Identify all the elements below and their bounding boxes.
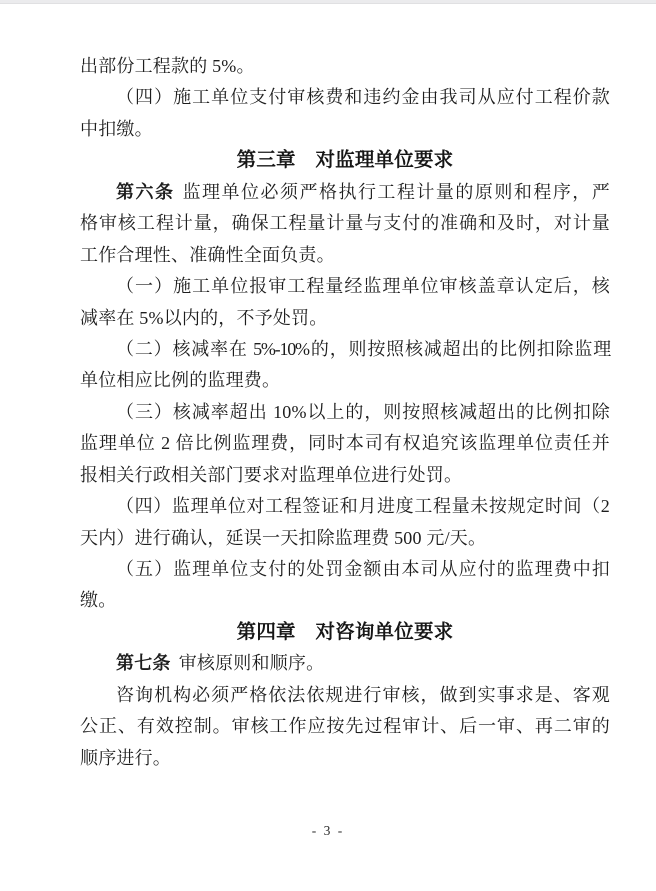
body-line: （三）核减率超出 10%以上的，则按照核减超出的比例扣除 — [80, 397, 610, 428]
body-line: 出部份工程款的 5%。 — [80, 51, 610, 82]
document-page-body: 出部份工程款的 5%。 （四）施工单位支付审核费和违约金由我司从应付工程价款 中… — [80, 51, 610, 774]
chapter-heading: 第三章 对监理单位要求 — [80, 145, 610, 176]
body-line: 缴。 — [80, 585, 610, 616]
line-text: 工作合理性、准确性全面负责。 — [80, 245, 335, 265]
line-text: （四）监理单位对工程签证和月进度工程量未按规定时间（2 — [116, 496, 610, 516]
line-text: 缴。 — [80, 590, 116, 610]
body-line: 中扣缴。 — [80, 114, 610, 145]
line-text: 公正、有效控制。审核工作应按先过程审计、后一审、再二审的 — [80, 716, 610, 736]
line-text: 中扣缴。 — [80, 119, 153, 139]
line-text: （一）施工单位报审工程量经监理单位审核盖章认定后，核 — [116, 276, 610, 296]
body-line: 工作合理性、准确性全面负责。 — [80, 240, 610, 271]
scan-edge-artifact — [0, 0, 656, 4]
body-line: （一）施工单位报审工程量经监理单位审核盖章认定后，核 — [80, 271, 610, 302]
line-text: （四）施工单位支付审核费和违约金由我司从应付工程价款 — [116, 87, 610, 107]
body-line: 公正、有效控制。审核工作应按先过程审计、后一审、再二审的 — [80, 711, 610, 742]
body-line: （五）监理单位支付的处罚金额由本司从应付的监理费中扣 — [80, 554, 610, 585]
line-text: 审核原则和顺序。 — [179, 653, 325, 673]
line-text: 咨询机构必须严格依法依规进行审核，做到实事求是、客观 — [116, 685, 610, 705]
body-line: 天内）进行确认，延误一天扣除监理费 500 元/天。 — [80, 523, 610, 554]
line-text: 出部份工程款的 5%。 — [80, 56, 255, 76]
page-number: - 3 - — [0, 823, 656, 839]
line-text: （三）核减率超出 10%以上的，则按照核减超出的比例扣除 — [116, 402, 610, 422]
body-line: 第六条监理单位必须严格执行工程计量的原则和程序，严 — [80, 177, 610, 208]
line-text: 报相关行政相关部门要求对监理单位进行处罚。 — [80, 465, 462, 485]
line-text: 单位相应比例的监理费。 — [80, 370, 280, 390]
line-text: 天内）进行确认，延误一天扣除监理费 500 元/天。 — [80, 528, 486, 548]
chapter-heading: 第四章 对咨询单位要求 — [80, 617, 610, 648]
heading-text: 第四章 对咨询单位要求 — [237, 622, 454, 643]
body-line: （四）施工单位支付审核费和违约金由我司从应付工程价款 — [80, 82, 610, 113]
body-line: （四）监理单位对工程签证和月进度工程量未按规定时间（2 — [80, 491, 610, 522]
body-line: （二）核减率在 5%-10%的，则按照核减超出的比例扣除监理 — [80, 334, 610, 365]
body-line: 格审核工程计量，确保工程量计量与支付的准确和及时，对计量 — [80, 208, 610, 239]
body-line: 单位相应比例的监理费。 — [80, 365, 610, 396]
line-text: 格审核工程计量，确保工程量计量与支付的准确和及时，对计量 — [80, 213, 610, 233]
body-line: 顺序进行。 — [80, 743, 610, 774]
body-line: 减率在 5%以内的，不予处罚。 — [80, 303, 610, 334]
body-line: 咨询机构必须严格依法依规进行审核，做到实事求是、客观 — [80, 680, 610, 711]
heading-text: 第三章 对监理单位要求 — [237, 150, 454, 171]
body-line: 报相关行政相关部门要求对监理单位进行处罚。 — [80, 460, 610, 491]
line-text: 监理单位必须严格执行工程计量的原则和程序，严 — [183, 182, 610, 202]
line-text: （五）监理单位支付的处罚金额由本司从应付的监理费中扣 — [116, 559, 610, 579]
line-text: 监理单位 2 倍比例监理费，同时本司有权追究该监理单位责任并 — [80, 433, 610, 453]
body-line: 第七条审核原则和顺序。 — [80, 648, 610, 679]
line-text: 减率在 5%以内的，不予处罚。 — [80, 308, 328, 328]
line-text: （二）核减率在 5%-10%的，则按照核减超出的比例扣除监理 — [116, 339, 610, 359]
line-text: 顺序进行。 — [80, 748, 171, 768]
clause-number: 第六条 — [116, 182, 174, 202]
body-line: 监理单位 2 倍比例监理费，同时本司有权追究该监理单位责任并 — [80, 428, 610, 459]
clause-number: 第七条 — [116, 653, 171, 673]
